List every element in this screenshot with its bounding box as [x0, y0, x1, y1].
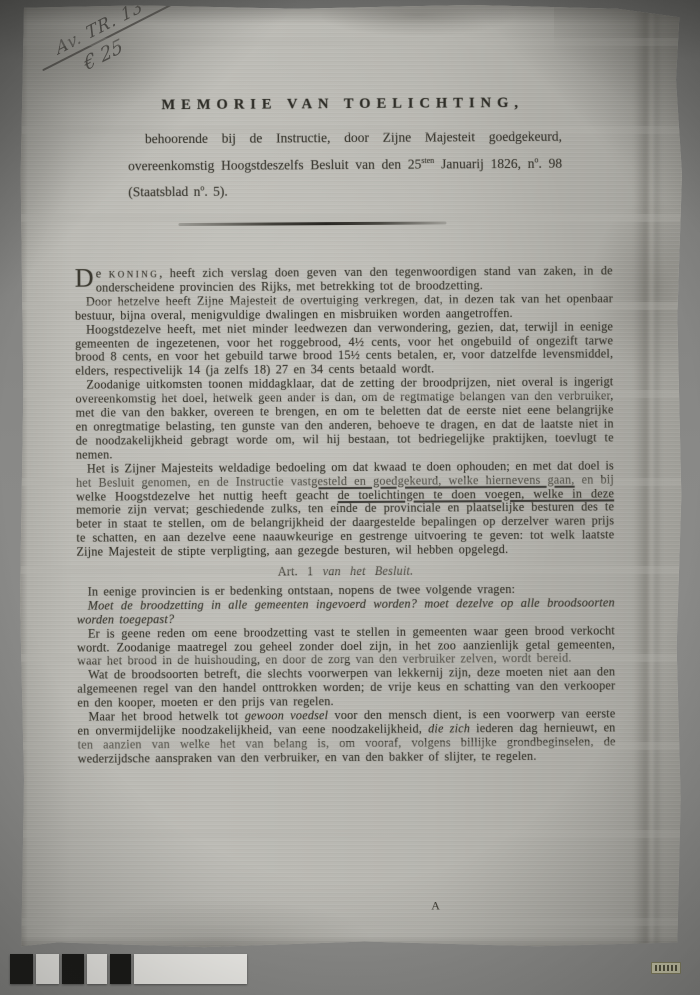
paragraph: Het is Zijner Majesteits weldadige bedoe…: [76, 459, 615, 560]
section-heading: Art. 1 van het Besluit.: [77, 563, 615, 580]
paragraph: Maar het brood hetwelk tot gewoon voedse…: [77, 707, 615, 766]
calibration-block-white: [87, 954, 107, 984]
photo-canvas: Av. TR. 13 € 25 MEMORIE VAN TOELICHTING,…: [0, 0, 700, 995]
printed-content: MEMORIE VAN TOELICHTING, behoorende bij …: [15, 2, 687, 952]
paragraph: Er is geene reden om eene broodzetting v…: [77, 624, 615, 669]
calibration-block-white: [36, 954, 59, 984]
calibration-strip: [10, 954, 247, 984]
document-subtitle: behoorende bij de Instructie, door Zijne…: [128, 124, 562, 206]
calibration-block-white: [134, 954, 247, 984]
paragraph: Hoogstdezelve heeft, met niet minder lee…: [75, 320, 613, 379]
archive-label-marks: [655, 965, 677, 971]
title-rule: [178, 221, 446, 226]
calibration-block-black: [62, 954, 84, 984]
document-body: De koning, heeft zich verslag doen geven…: [75, 264, 616, 766]
paragraph: Wat de broodsoorten betreft, die slechts…: [77, 666, 615, 711]
document-page: Av. TR. 13 € 25 MEMORIE VAN TOELICHTING,…: [18, 4, 684, 950]
calibration-block-black: [110, 954, 131, 984]
calibration-block-black: [10, 954, 33, 984]
document-title: MEMORIE VAN TOELICHTING,: [106, 95, 580, 115]
archive-label-sticker: [651, 962, 681, 974]
catchword: A: [401, 898, 471, 913]
paragraph: Zoodanige uitkomsten toonen middagklaar,…: [75, 376, 613, 463]
